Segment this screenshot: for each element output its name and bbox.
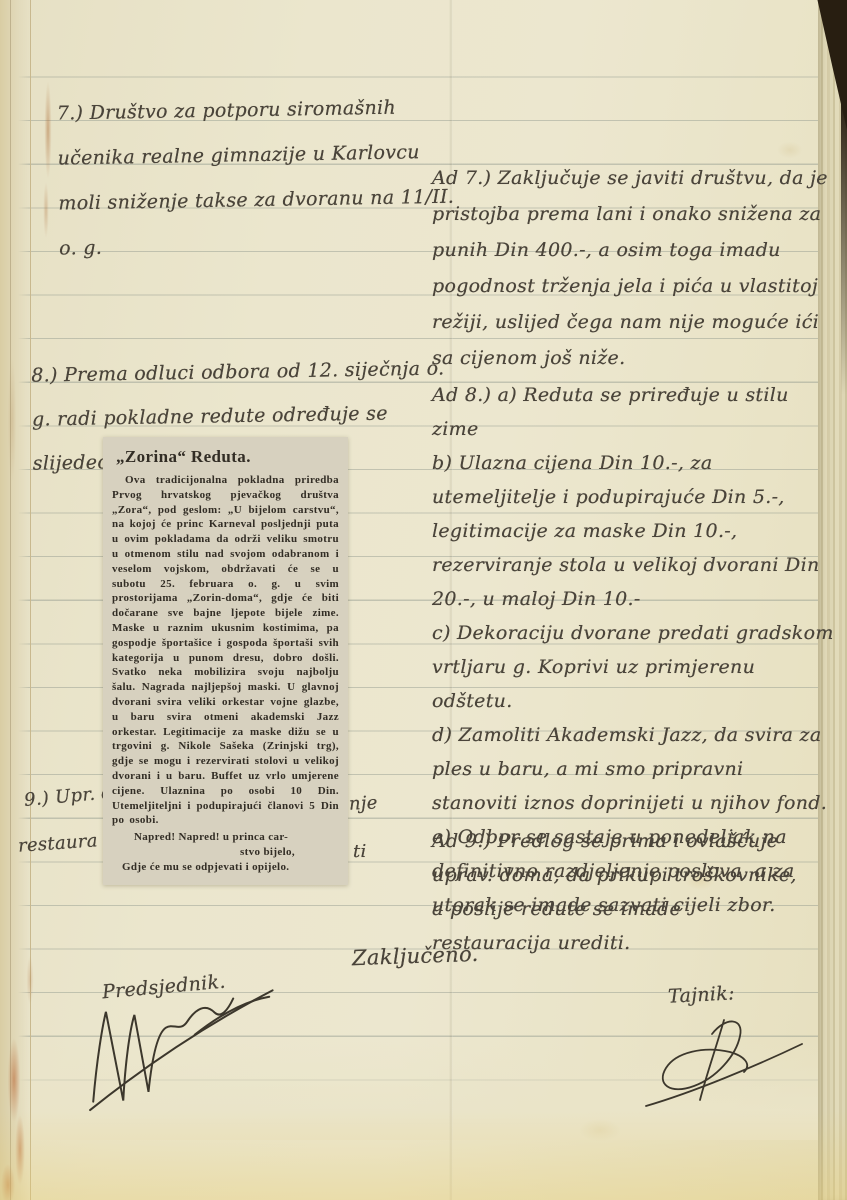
clipping-verse-line: stvo bijelo, [240, 845, 339, 860]
agenda-item-9-fragment-right: ti [353, 841, 367, 862]
agenda-item-7: 7.) Društvo za potporu siromašnih učenik… [56, 84, 463, 271]
signature-stroke [700, 1020, 724, 1100]
binding-gutter [0, 0, 31, 1200]
newspaper-clipping: „Zorina“ Reduta. Ova tradicijonalna pokl… [103, 437, 348, 885]
resolution-ad-7: Ad 7.) Zaključuje se javiti društvu, da … [432, 160, 832, 376]
resolution-ad-9: Ad 9.) Predlog se prima i ovlašćuje upra… [432, 824, 798, 960]
book-edge-shadow [841, 95, 847, 395]
president-signature [73, 981, 293, 1112]
resolution-ad-8a: Ad 8.) a) Reduta se priređuje u stilu zi… [432, 378, 834, 446]
signature-stroke [84, 998, 243, 1103]
signature-stroke [646, 1044, 802, 1106]
clipping-body: Ova tradicijonalna pokladna priredba Prv… [112, 473, 339, 828]
resolution-ad-8d: d) Zamoliti Akademski Jazz, da svira za … [432, 718, 834, 820]
minutes-page: 7.) Društvo za potporu siromašnih učenik… [0, 0, 847, 1200]
closing-word: Zaključeno. [352, 942, 479, 970]
signature-strokes [80, 990, 283, 1110]
bottom-edge-tint [0, 1110, 847, 1200]
resolution-ad-8c: c) Dekoraciju dvorane predati gradskom v… [432, 616, 834, 718]
resolution-ad-8b: b) Ulazna cijena Din 10.-, za utemeljite… [432, 446, 834, 616]
signature-strokes [646, 1020, 802, 1106]
clipping-headline: „Zorina“ Reduta. [116, 447, 339, 467]
page-fold-line [10, 0, 11, 1200]
secretary-signature [640, 1008, 810, 1113]
signature-stroke [80, 990, 283, 1110]
secretary-label: Tajnik: [667, 982, 735, 1007]
clipping-verse-line: Gdje će mu se odpjevati i opijelo. [122, 860, 339, 875]
agenda-item-9-fragment-right: nje [348, 792, 378, 814]
clipping-verse-line: Napred! Napred! u princa car- [134, 830, 339, 845]
